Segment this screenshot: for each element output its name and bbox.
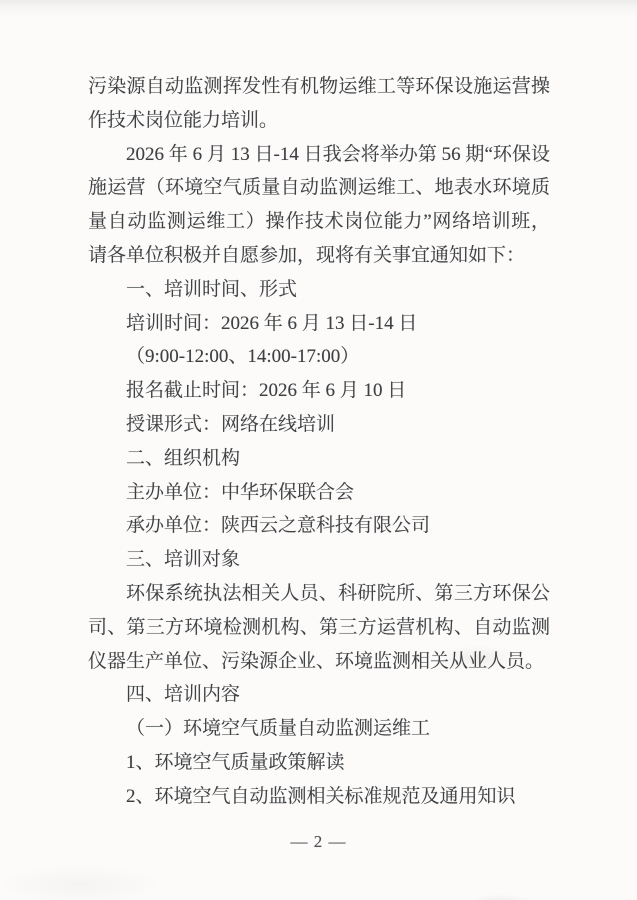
co-organizer-line: 承办单位：陕西云之意科技有限公司: [88, 509, 550, 543]
scanned-document-page: { "document": { "language": "zh-CN", "pa…: [0, 0, 637, 900]
teaching-format-line: 授课形式：网络在线培训: [88, 408, 550, 442]
training-audience-paragraph: 环保系统执法相关人员、科研院所、第三方环保公司、第三方环境检测机构、第三方运营机…: [88, 577, 550, 678]
document-body-text: 污染源自动监测挥发性有机物运维工等环保设施运营操作技术岗位能力培训。 2026 …: [88, 70, 550, 814]
heading-section-1: 一、培训时间、形式: [88, 273, 550, 307]
course-item-2: 2、环境空气自动监测相关标准规范及通用知识: [88, 780, 550, 814]
page-number: — 2 —: [0, 832, 637, 852]
paragraph-intro: 2026 年 6 月 13 日-14 日我会将举办第 56 期“环保设施运营（环…: [88, 138, 550, 273]
subsection-1-title: （一）环境空气质量自动监测运维工: [88, 712, 550, 746]
course-item-1: 1、环境空气质量政策解读: [88, 746, 550, 780]
heading-section-4: 四、培训内容: [88, 678, 550, 712]
training-time-line: 培训时间：2026 年 6 月 13 日-14 日: [88, 307, 550, 341]
organizer-line: 主办单位：中华环保联合会: [88, 476, 550, 510]
heading-section-3: 三、培训对象: [88, 543, 550, 577]
training-hours-line: （9:00-12:00、14:00-17:00）: [88, 340, 550, 374]
paragraph-continuation: 污染源自动监测挥发性有机物运维工等环保设施运营操作技术岗位能力培训。: [88, 70, 550, 138]
heading-section-2: 二、组织机构: [88, 442, 550, 476]
registration-deadline-line: 报名截止时间：2026 年 6 月 10 日: [88, 374, 550, 408]
